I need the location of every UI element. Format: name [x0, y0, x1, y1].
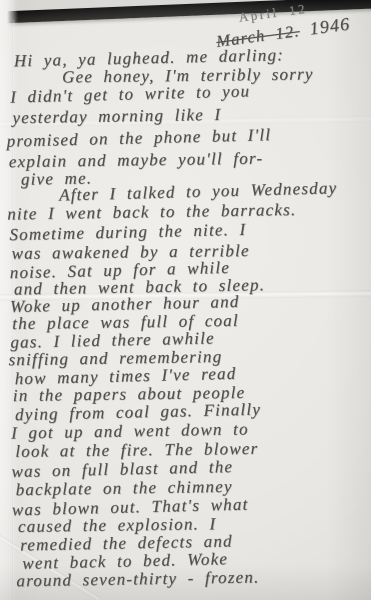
- letter-line: yesterday morning like I: [12, 105, 221, 128]
- letter-scan-page: April 12 March 12. 1946 Hi ya, ya lughea…: [0, 0, 371, 600]
- letter-line: nite I went back to the barracks.: [7, 200, 296, 225]
- letter-body: April 12 March 12. 1946 Hi ya, ya lughea…: [0, 0, 371, 600]
- date-year: 1946: [308, 13, 351, 38]
- letter-line: around seven-thirty - frozen.: [16, 568, 259, 592]
- letter-lines: Hi ya, ya lughead. me darling:Gee honey,…: [0, 0, 368, 2]
- letter-line: I didn't get to write to you: [10, 81, 251, 107]
- letter-line: promised on the phone but I'll: [6, 125, 271, 151]
